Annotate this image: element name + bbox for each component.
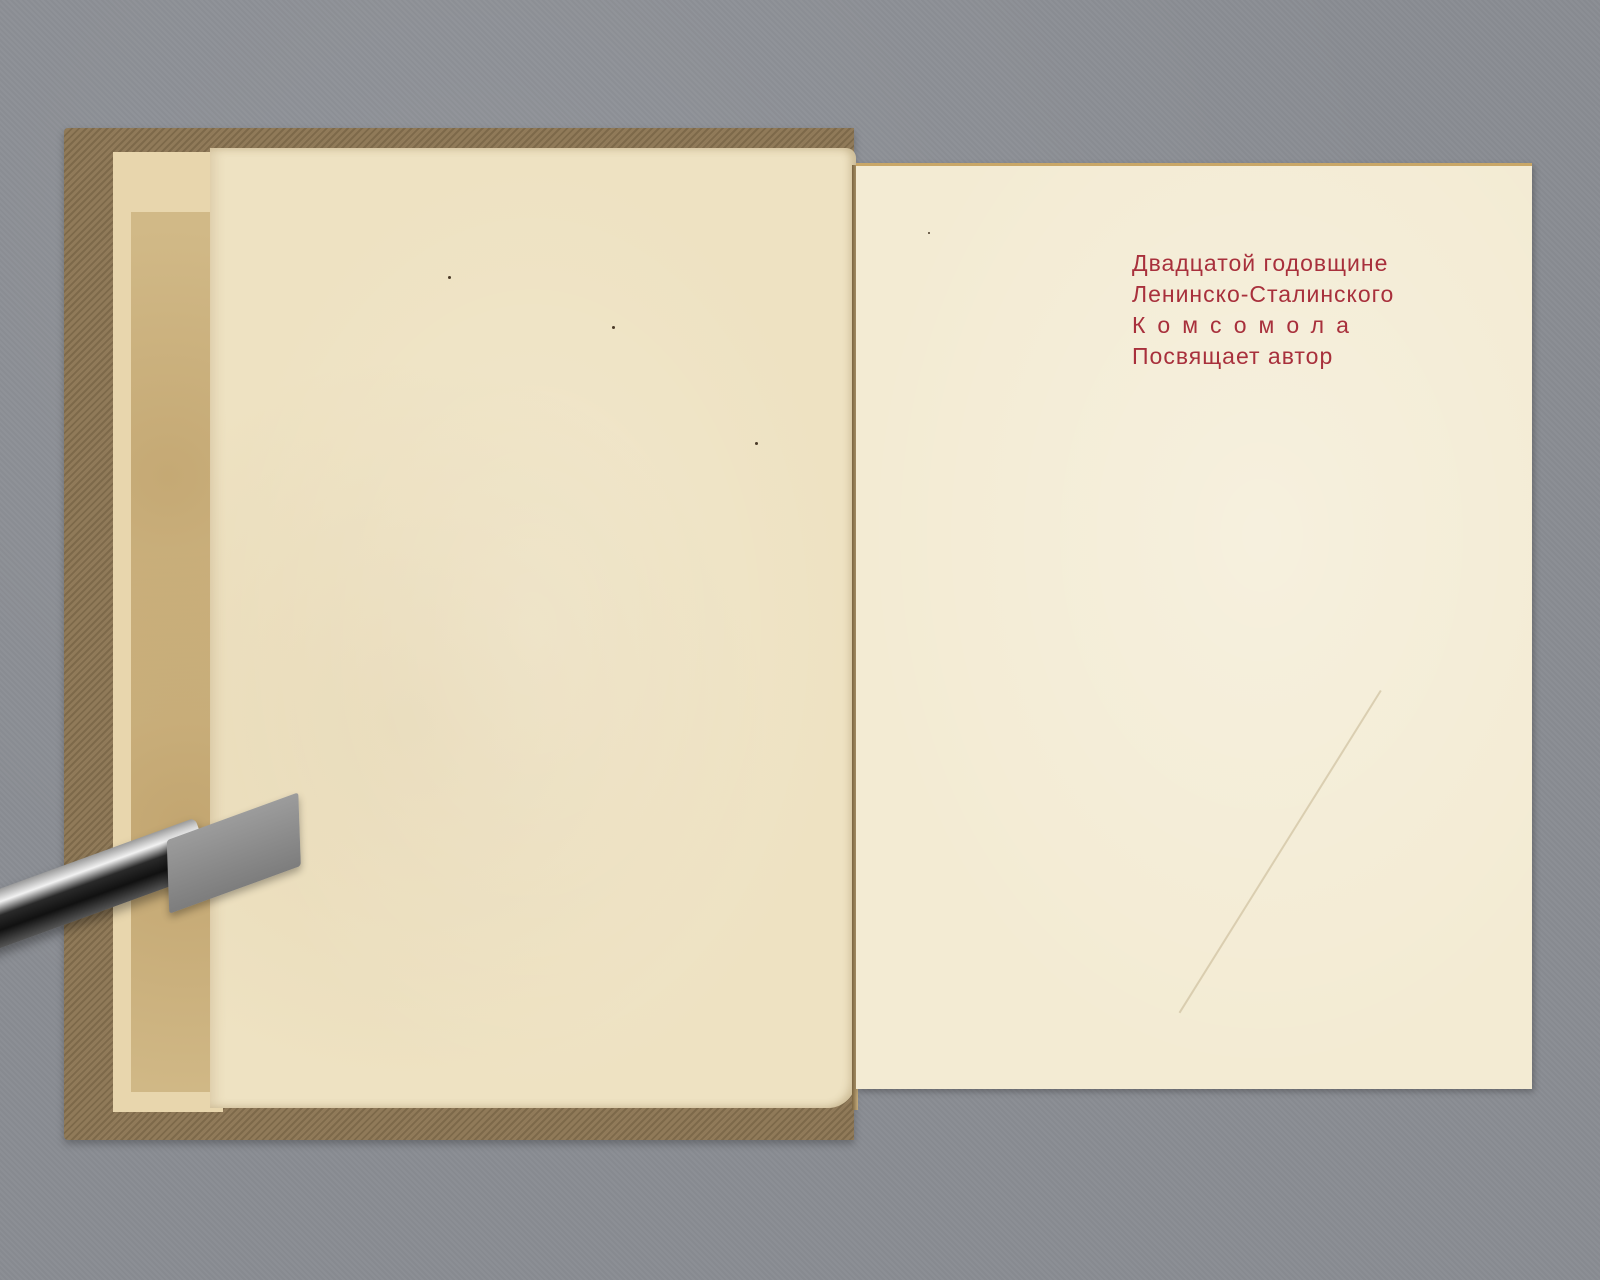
dedication-line-1: Двадцатой годовщине	[1132, 248, 1394, 279]
left-blank-page	[210, 148, 856, 1108]
paper-speck	[928, 232, 930, 234]
dedication-line-2: Ленинско-Сталинского	[1132, 279, 1394, 310]
paper-speck	[755, 442, 758, 445]
endpaper-hinge-strip	[113, 152, 223, 1112]
dedication-line-4: Посвящает автор	[1132, 341, 1394, 372]
dedication-text: Двадцатой годовщине Ленинско-Сталинского…	[1132, 248, 1394, 372]
paper-speck	[448, 276, 451, 279]
dedication-line-3: Комсомола	[1132, 310, 1394, 341]
paper-speck	[612, 326, 615, 329]
